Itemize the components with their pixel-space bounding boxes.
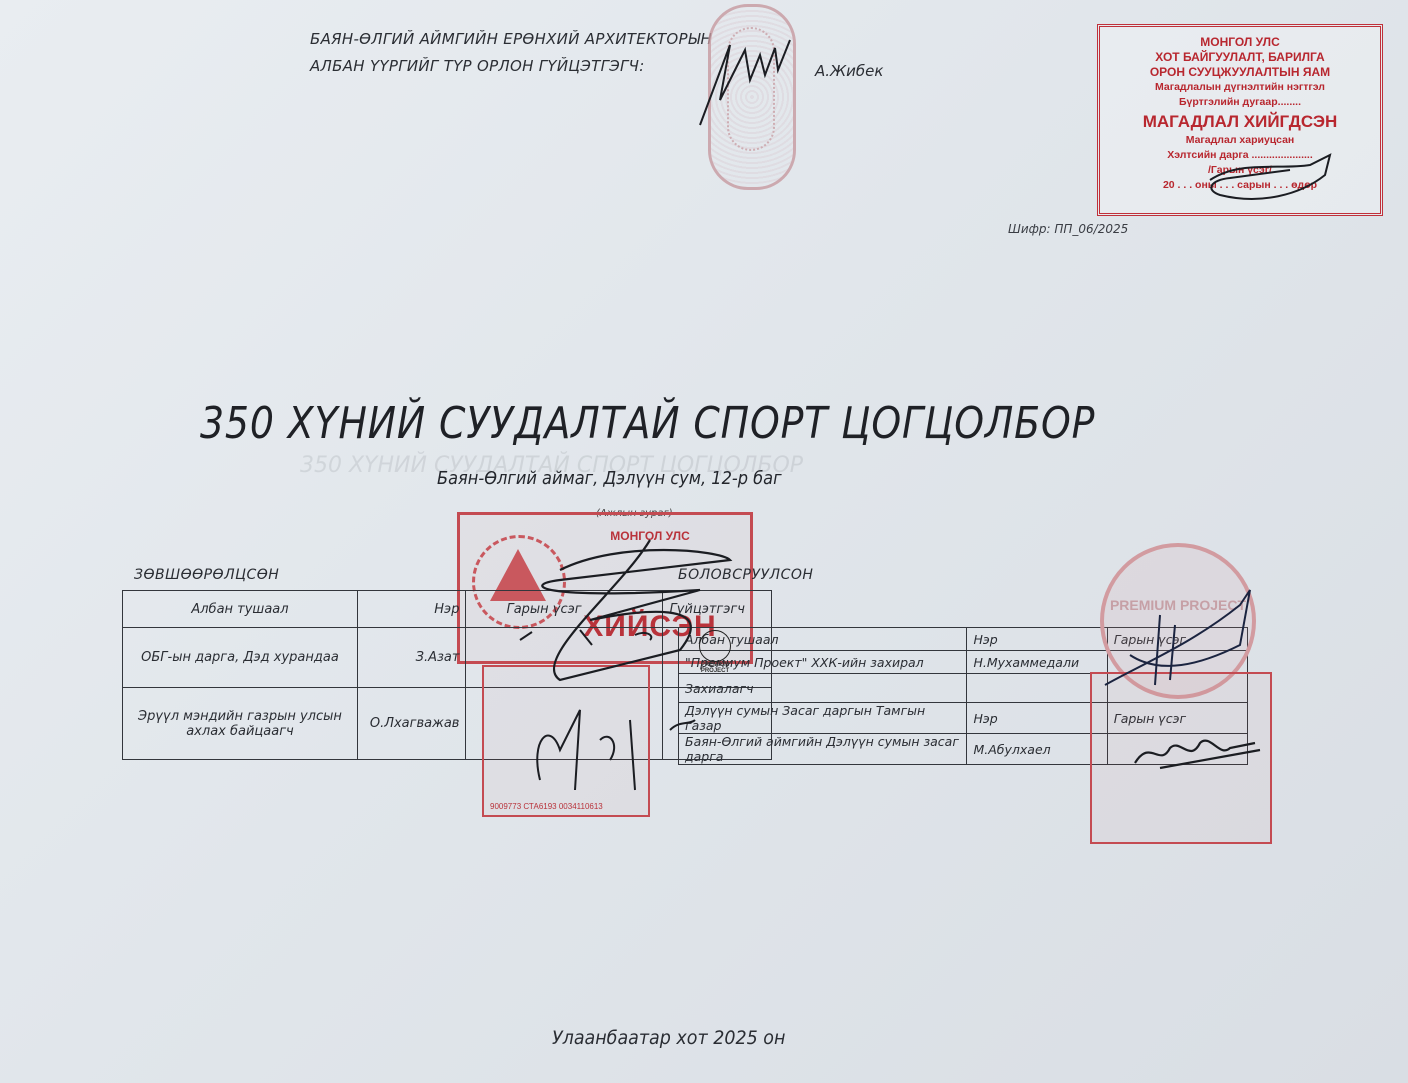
stamp-line: МОНГОЛ УЛС — [1100, 35, 1380, 50]
architect-signature — [690, 20, 800, 130]
cell-name: Н.Мухаммедали — [967, 651, 1107, 674]
stamp-line: ОРОН СУУЦЖУУЛАЛТЫН ЯАМ — [1100, 65, 1380, 80]
cell-position: Баян-Өлгий аймгийн Дэлүүн сумын засаг да… — [679, 734, 967, 765]
header-line-2: АЛБАН ҮҮРГИЙГ ТҮР ОРЛОН ГҮЙЦЭТГЭГЧ: — [310, 57, 645, 75]
azat-signature — [500, 530, 760, 700]
abulkhael-signature — [1130, 728, 1270, 778]
client-org: Дэлүүн сумын Засаг даргын Тамгын газар — [679, 703, 967, 734]
cell-name: З.Азат — [357, 628, 466, 688]
cell-empty — [967, 674, 1107, 703]
lhagvajav-signature — [520, 700, 700, 800]
stamp-headline: МАГАДЛАЛ ХИЙГДСЭН — [1100, 114, 1380, 129]
document-title: 350 ХҮНИЙ СУУДАЛТАЙ СПОРТ ЦОГЦОЛБОР — [200, 398, 1095, 449]
approved-section-label: ЗӨВШӨӨРӨЛЦСӨН — [134, 567, 279, 583]
architect-name: А.Жибек — [815, 62, 883, 80]
stamp-line: Магадлалын дүгнэлтийн нэгтгэл — [1100, 80, 1380, 95]
header-name: Нэр — [967, 703, 1107, 734]
cell-name: М.Абулхаел — [967, 734, 1107, 765]
cipher-code: Шифр: ПП_06/2025 — [1008, 222, 1128, 236]
stamp-line: ХОТ БАЙГУУЛАЛТ, БАРИЛГА — [1100, 50, 1380, 65]
header-name: Нэр — [357, 591, 466, 628]
header-line-1: БАЯН-ӨЛГИЙ АЙМГИЙН ЕРӨНХИЙ АРХИТЕКТОРЫН — [310, 30, 712, 48]
header-name: Нэр — [967, 628, 1107, 651]
cell-position: Эрүүл мэндийн газрын улсын ахлах байцааг… — [123, 688, 358, 760]
location-subtitle: Баян-Өлгий аймаг, Дэлүүн сум, 12-р баг — [437, 468, 782, 489]
cell-name: О.Лхагважав — [357, 688, 466, 760]
cell-position: ОБГ-ын дарга, Дэд хурандаа — [123, 628, 358, 688]
stamp-line: Магадлал хариуцсан — [1100, 133, 1380, 148]
stamp-number: 9009773 СТА6193 0034110613 — [490, 802, 603, 811]
header-position: Албан тушаал — [123, 591, 358, 628]
stamp-signature — [1200, 150, 1350, 210]
place-date-footer: Улаанбаатар хот 2025 он — [552, 1027, 785, 1049]
stamp-line: Бүртгэлийн дугаар........ — [1100, 95, 1380, 110]
muhammedali-signature — [1100, 585, 1260, 695]
